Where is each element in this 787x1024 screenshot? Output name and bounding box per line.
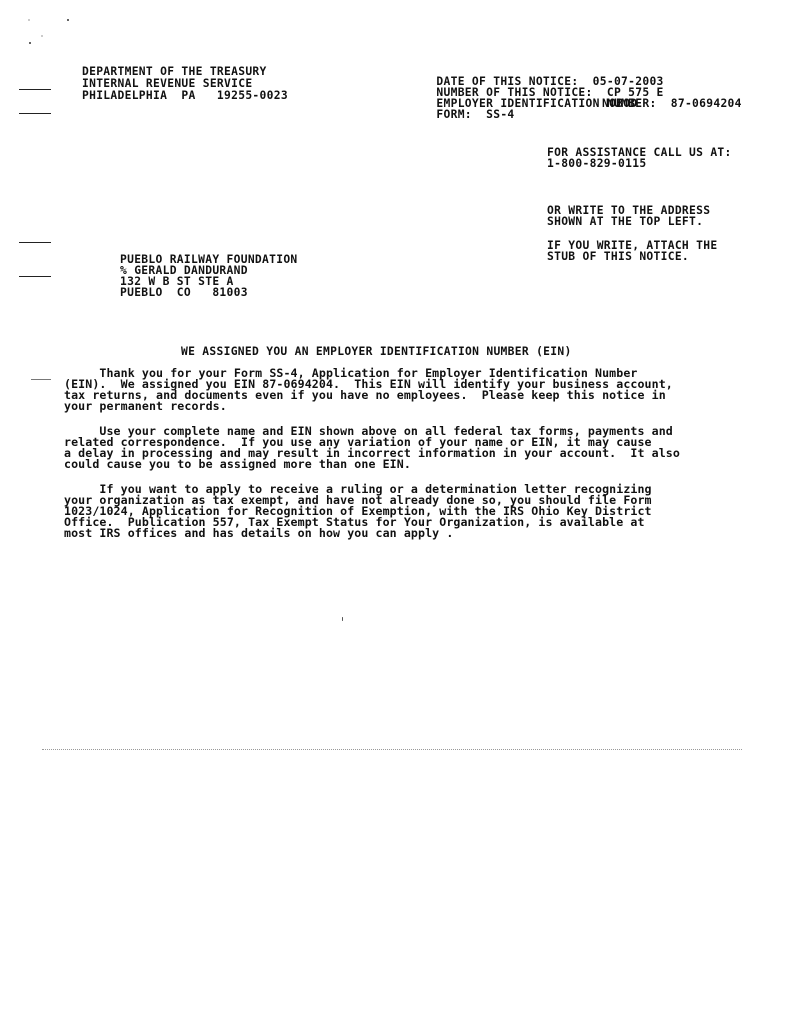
assistance-write-line: SHOWN AT THE TOP LEFT. xyxy=(547,216,703,227)
margin-mark xyxy=(31,379,51,380)
paragraph-line: your permanent records. xyxy=(64,401,227,412)
notice-heading: WE ASSIGNED YOU AN EMPLOYER IDENTIFICATI… xyxy=(181,346,572,357)
ein-value: 87-0694204 xyxy=(671,97,742,110)
assistance-attach-line: STUB OF THIS NOTICE. xyxy=(547,251,689,262)
scan-speck xyxy=(29,42,31,44)
scan-speck xyxy=(41,35,43,37)
margin-mark xyxy=(19,242,51,243)
sender-line: PHILADELPHIA PA 19255-0023 xyxy=(82,90,288,101)
scan-speck xyxy=(342,617,343,621)
margin-mark xyxy=(19,276,51,277)
sender-line: DEPARTMENT OF THE TREASURY xyxy=(82,66,267,77)
sender-line: INTERNAL REVENUE SERVICE xyxy=(82,78,252,89)
form-value: SS-4 xyxy=(486,108,514,121)
paragraph-line: could cause you to be assigned more than… xyxy=(64,459,411,470)
form-row: FORM: SS-4 xyxy=(408,98,515,131)
margin-mark xyxy=(19,113,51,114)
scan-speck xyxy=(28,19,30,21)
scan-speck xyxy=(67,19,69,21)
form-label: FORM: xyxy=(436,108,472,121)
margin-mark xyxy=(19,89,51,90)
recipient-line: PUEBLO CO 81003 xyxy=(120,287,248,298)
assistance-phone: 1-800-829-0115 xyxy=(547,158,646,169)
notice-code: NOBOD xyxy=(602,98,638,109)
fold-line xyxy=(42,749,742,751)
paragraph-line: most IRS offices and has details on how … xyxy=(64,528,453,539)
